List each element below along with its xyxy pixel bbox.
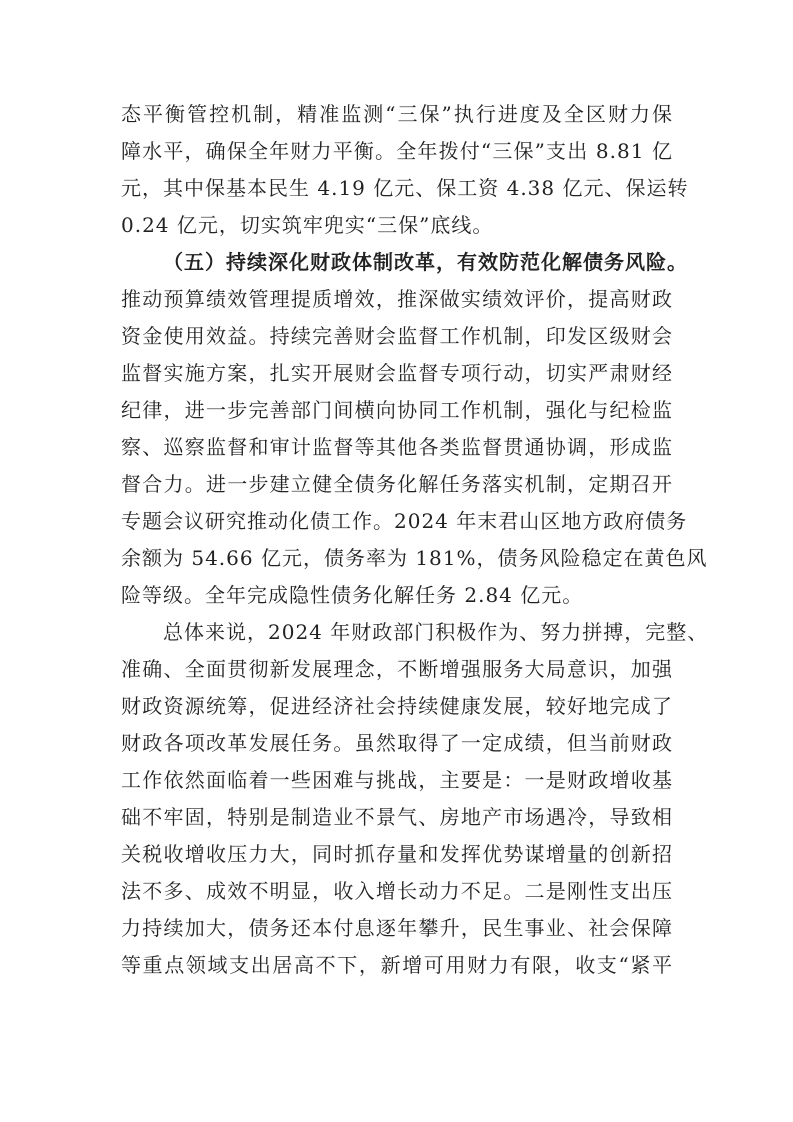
section-heading: （五）持续深化财政体制改革，有效防范化解债务风险。 xyxy=(121,244,673,281)
text-line: 资金使用效益。持续完善财会监督工作机制，印发区级财会 xyxy=(121,318,673,355)
text-line: 财政各项改革发展任务。虽然取得了一定成绩，但当前财政 xyxy=(121,725,673,762)
text-line: 法不多、成效不明显，收入增长动力不足。二是刚性支出压 xyxy=(121,873,673,910)
text-line: 察、巡察监督和审计监督等其他各类监督贯通协调，形成监 xyxy=(121,429,673,466)
text-line: 0.24 亿元，切实筑牢兜实“三保”底线。 xyxy=(121,207,673,244)
text-line: 元，其中保基本民生 4.19 亿元、保工资 4.38 亿元、保运转 xyxy=(121,170,673,207)
text-line: 财政资源统筹，促进经济社会持续健康发展，较好地完成了 xyxy=(121,688,673,725)
document-page: 态平衡管控机制，精准监测“三保”执行进度及全区财力保 障水平，确保全年财力平衡。… xyxy=(121,96,673,984)
text-line: 关税收增收压力大，同时抓存量和发挥优势谋增量的创新招 xyxy=(121,836,673,873)
text-line: 推动预算绩效管理提质增效，推深做实绩效评价，提高财政 xyxy=(121,281,673,318)
text-line: 专题会议研究推动化债工作。2024 年末君山区地方政府债务 xyxy=(121,503,673,540)
text-line: 态平衡管控机制，精准监测“三保”执行进度及全区财力保 xyxy=(121,96,673,133)
text-line: 余额为 54.66 亿元，债务率为 181%，债务风险稳定在黄色风 xyxy=(121,540,673,577)
text-line: 纪律，进一步完善部门间横向协同工作机制，强化与纪检监 xyxy=(121,392,673,429)
text-line: 工作依然面临着一些困难与挑战，主要是：一是财政增收基 xyxy=(121,762,673,799)
text-line: 力持续加大，债务还本付息逐年攀升，民生事业、社会保障 xyxy=(121,910,673,947)
text-line: 总体来说，2024 年财政部门积极作为、努力拼搏，完整、 xyxy=(121,614,673,651)
text-line: 等重点领域支出居高不下，新增可用财力有限，收支“紧平 xyxy=(121,947,673,984)
text-line: 监督实施方案，扎实开展财会监督专项行动，切实严肃财经 xyxy=(121,355,673,392)
text-line: 督合力。进一步建立健全债务化解任务落实机制，定期召开 xyxy=(121,466,673,503)
text-line: 准确、全面贯彻新发展理念，不断增强服务大局意识，加强 xyxy=(121,651,673,688)
text-line: 障水平，确保全年财力平衡。全年拨付“三保”支出 8.81 亿 xyxy=(121,133,673,170)
text-line: 础不牢固，特别是制造业不景气、房地产市场遇冷，导致相 xyxy=(121,799,673,836)
text-line: 险等级。全年完成隐性债务化解任务 2.84 亿元。 xyxy=(121,577,673,614)
